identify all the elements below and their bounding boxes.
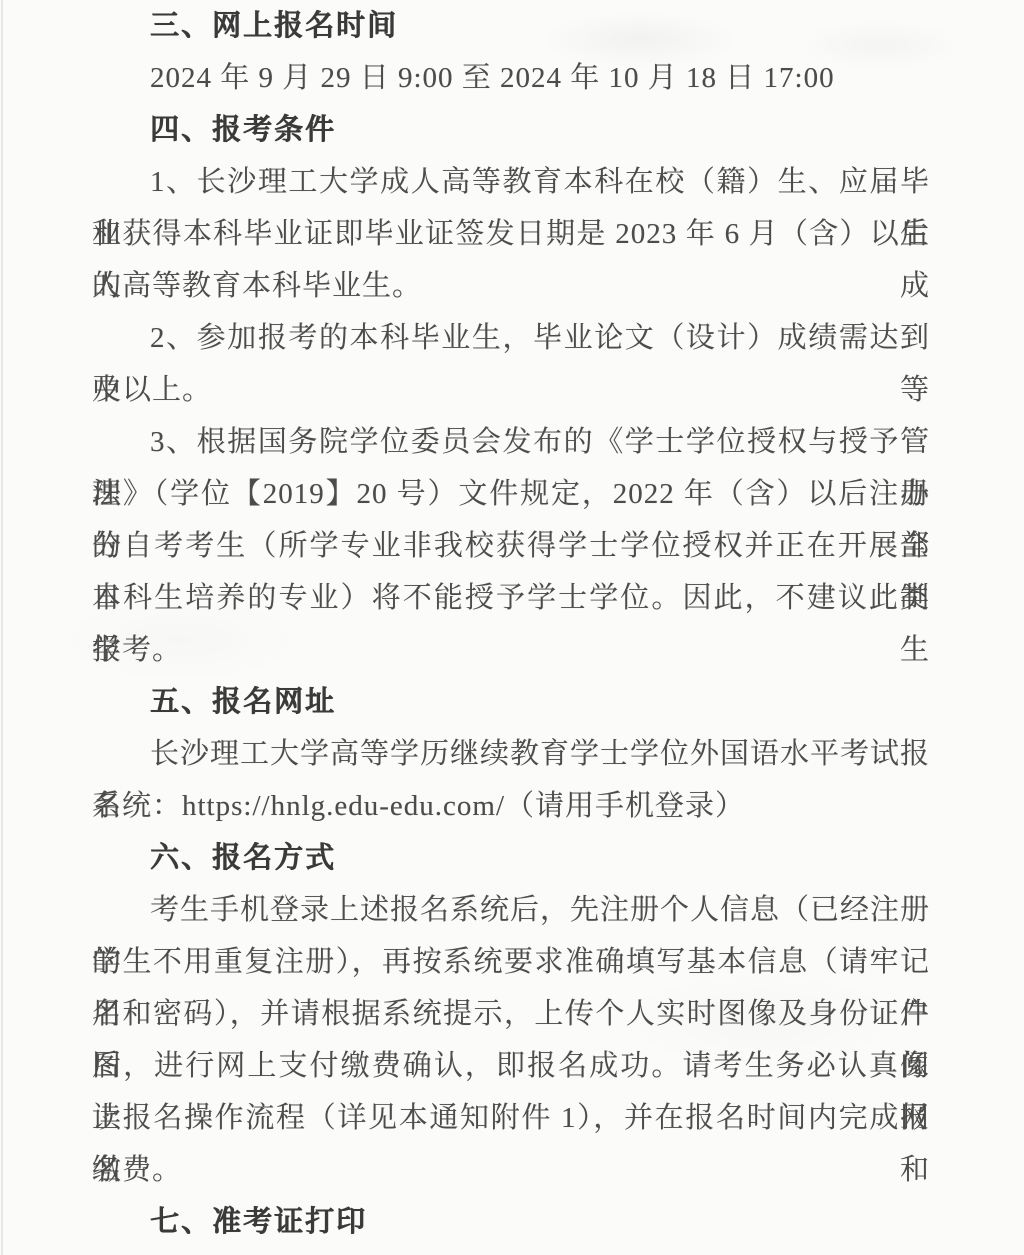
text-line: 2024 年 9 月 29 日 9:00 至 2024 年 10 月 18 日 … xyxy=(92,52,930,104)
section-heading: 三、网上报名时间 xyxy=(92,0,930,52)
text-line: 名和密码），并请根据系统提示，上传个人实时图像及身份证件图像 xyxy=(92,988,930,1040)
section-heading: 四、报考条件 xyxy=(92,104,930,156)
text-line: 学生不用重复注册），再按系统要求准确填写基本信息（请牢记用户 xyxy=(92,936,930,988)
scanner-edge-artifact xyxy=(1,0,3,1255)
scanned-document-page: 三、网上报名时间2024 年 9 月 29 日 9:00 至 2024 年 10… xyxy=(0,0,1024,1255)
text-line: 3、根据国务院学位委员会发布的《学士学位授权与授予管理办 xyxy=(92,416,930,468)
text-line: 2、参加报考的本科毕业生，毕业论文（设计）成绩需达到中等 xyxy=(92,312,930,364)
text-line: 本科生培养的专业）将不能授予学士学位。因此，不建议此类学生 xyxy=(92,572,930,624)
text-line: 长沙理工大学高等学历继续教育学士学位外国语水平考试报名 xyxy=(92,728,930,780)
section-heading: 六、报名方式 xyxy=(92,832,930,884)
section-heading: 七、准考证打印 xyxy=(92,1196,930,1248)
text-line: 法》（学位【2019】20 号）文件规定，2022 年（含）以后注册的部 xyxy=(92,468,930,520)
section-heading: 五、报名网址 xyxy=(92,676,930,728)
text-line: 上报名操作流程（详见本通知附件 1），并在报名时间内完成报名和 xyxy=(92,1092,930,1144)
document-body: 三、网上报名时间2024 年 9 月 29 日 9:00 至 2024 年 10… xyxy=(92,0,930,1248)
text-line: 分自考考生（所学专业非我校获得学士学位授权并正在开展全日制 xyxy=(92,520,930,572)
text-line: 和获得本科毕业证即毕业证签发日期是 2023 年 6 月（含）以后的成 xyxy=(92,208,930,260)
text-line: 1、长沙理工大学成人高等教育本科在校（籍）生、应届毕业生 xyxy=(92,156,930,208)
text-line: 考生手机登录上述报名系统后，先注册个人信息（已经注册的 xyxy=(92,884,930,936)
text-line: 后，进行网上支付缴费确认，即报名成功。请考生务必认真阅读网 xyxy=(92,1040,930,1092)
text-line: 系统：https://hnlg.edu-edu.com/（请用手机登录） xyxy=(92,780,930,832)
